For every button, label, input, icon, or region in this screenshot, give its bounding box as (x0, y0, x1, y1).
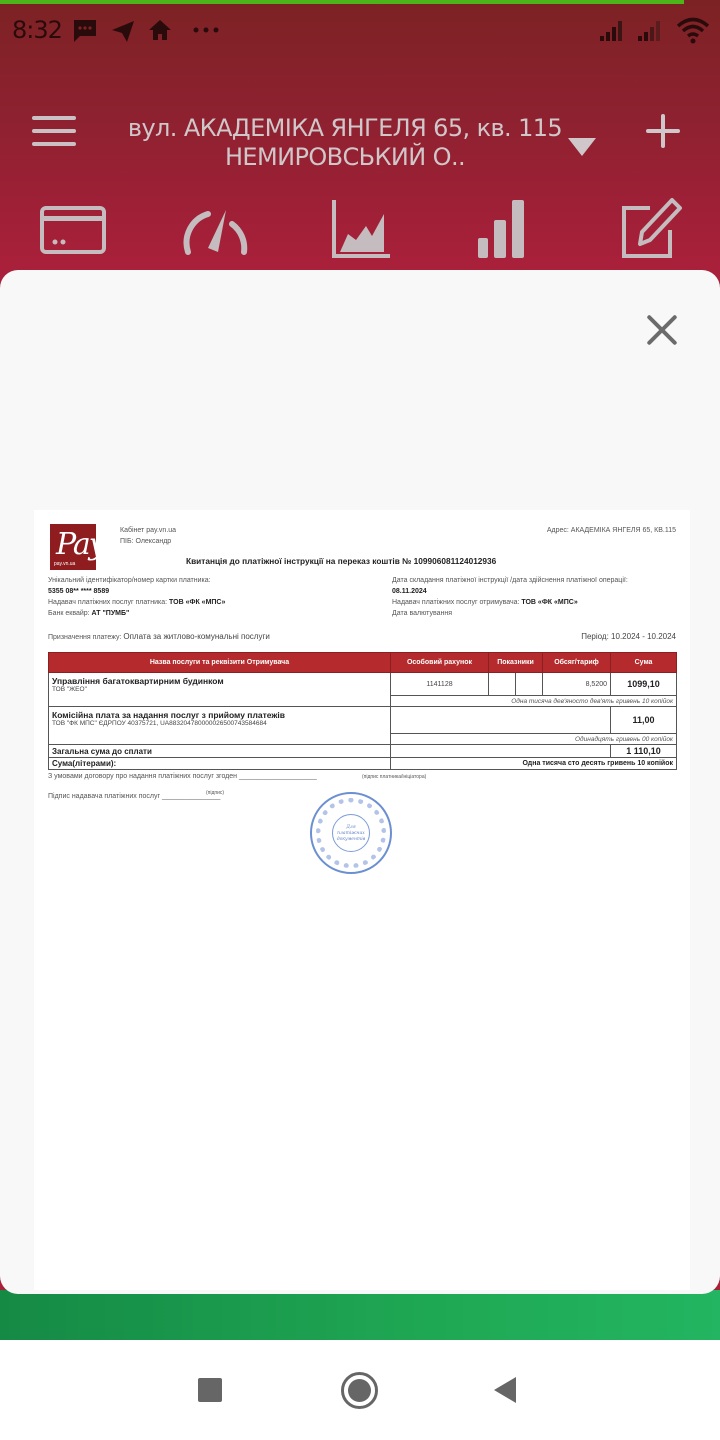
signature-note: (підпис) (206, 790, 224, 796)
receipt-title: Квитанція до платіжної інструкції на пер… (186, 556, 496, 567)
sum-in-words: Одна тисяча дев'яносто дев'ять гривень 1… (391, 696, 677, 707)
table-row: Комісійна плата за надання послуг з прий… (49, 707, 677, 734)
cabinet-label: Кабінет pay.vn.ua (120, 526, 176, 536)
green-footer-bar (0, 1290, 720, 1340)
purpose-row: Призначення платежу: Оплата за житлово-к… (48, 631, 270, 643)
table-header-row: Назва послуги та реквізити Отримувача Ос… (49, 653, 677, 673)
account-cell: 1141128 (391, 673, 489, 696)
system-nav-bar (0, 1340, 720, 1440)
back-triangle-icon[interactable] (494, 1377, 516, 1403)
meter-gauge-icon[interactable] (180, 196, 252, 262)
hamburger-menu-icon[interactable] (32, 116, 76, 150)
company-stamp: Для платіжних документів (310, 792, 392, 874)
bank-row: Банк еквайр: АТ "ПУМБ" (48, 609, 129, 619)
home-icon (148, 18, 172, 42)
words-label: Сума(літерами): (49, 758, 391, 770)
triangle-down-icon[interactable] (568, 138, 596, 156)
period-label: Період: 10.2024 - 10.2024 (581, 631, 676, 642)
sum-cell: 11,00 (611, 707, 677, 734)
plus-icon[interactable] (646, 114, 680, 148)
owner-name: НЕМИРОВСЬКИЙ О.. (110, 143, 580, 172)
pib-label: ПІБ: Олександр (120, 537, 171, 547)
col-tariff: Обсяг/тариф (543, 653, 611, 673)
edit-note-icon[interactable] (614, 196, 686, 262)
feature-nav-row (0, 196, 720, 262)
bar-chart-icon[interactable] (468, 196, 540, 262)
tariff-cell: 8,5200 (543, 673, 611, 696)
status-time: 8:32 (12, 16, 62, 44)
area-chart-icon[interactable] (326, 196, 398, 262)
reading-cell (516, 673, 543, 696)
home-circle-icon[interactable] (341, 1372, 378, 1409)
address-line: вул. АКАДЕМІКА ЯНГЕЛЯ 65, кв. 115 (110, 114, 580, 143)
telegram-icon (110, 18, 136, 44)
empty-cell (391, 707, 611, 734)
col-service-name: Назва послуги та реквізити Отримувача (49, 653, 391, 673)
receipt-document: Pay pay.vn.ua Кабінет pay.vn.ua ПІБ: Оле… (34, 510, 690, 1290)
wifi-icon (676, 16, 710, 46)
sum-cell: 1099,10 (611, 673, 677, 696)
services-table: Назва послуги та реквізити Отримувача Ос… (48, 652, 677, 770)
col-readings: Показники (489, 653, 543, 673)
recents-square-icon[interactable] (198, 1378, 222, 1402)
col-sum: Сума (611, 653, 677, 673)
col-account: Особовий рахунок (391, 653, 489, 673)
date-label: Дата складання платіжної інструкції /дат… (392, 576, 628, 586)
total-words: Одна тисяча сто десять гривень 10 копійо… (391, 758, 677, 770)
signal-weak-icon (636, 18, 666, 42)
payment-card-icon[interactable] (38, 196, 110, 262)
address-label: Адрес: АКАДЕМІКА ЯНГЕЛЯ 65, КВ.115 (547, 526, 676, 536)
payer-id-label: Унікальний ідентифікатор/номер картки пл… (48, 576, 211, 586)
address-selector[interactable]: вул. АКАДЕМІКА ЯНГЕЛЯ 65, кв. 115 НЕМИРО… (110, 114, 580, 172)
total-sum: 1 110,10 (611, 745, 677, 758)
payer-provider-row: Надавач платіжних послуг платника: ТОВ «… (48, 598, 225, 608)
service-cell: Управління багатоквартирним будинком ТОВ… (49, 673, 391, 707)
card-number: 5355 08** **** 8589 (48, 587, 109, 597)
total-label: Загальна сума до сплати (49, 745, 391, 758)
agreement-note: (підпис платника/ініціатора) (362, 774, 426, 780)
signal-icon (598, 18, 628, 42)
reading-cell (489, 673, 516, 696)
close-icon[interactable] (644, 312, 680, 348)
recipient-provider-row: Надавач платіжних послуг отримувача: ТОВ… (392, 598, 578, 608)
table-row: Управління багатоквартирним будинком ТОВ… (49, 673, 677, 696)
more-dots-icon (192, 26, 220, 34)
payment-date: 08.11.2024 (392, 587, 427, 597)
pay-logo: Pay pay.vn.ua (50, 524, 96, 570)
service-cell: Комісійна плата за надання послуг з прий… (49, 707, 391, 745)
agreement-text: З умовами договору про надання платіжних… (48, 772, 317, 782)
words-row: Сума(літерами): Одна тисяча сто десять г… (49, 758, 677, 770)
status-bar: 8:32 (0, 4, 720, 54)
provider-signature: Підпис надавача платіжних послуг _______… (48, 792, 220, 802)
sum-in-words: Одинадцять гривень 00 копійок (391, 734, 677, 745)
message-icon (72, 18, 98, 44)
value-date-label: Дата валютування (392, 609, 452, 619)
total-row: Загальна сума до сплати 1 110,10 (49, 745, 677, 758)
